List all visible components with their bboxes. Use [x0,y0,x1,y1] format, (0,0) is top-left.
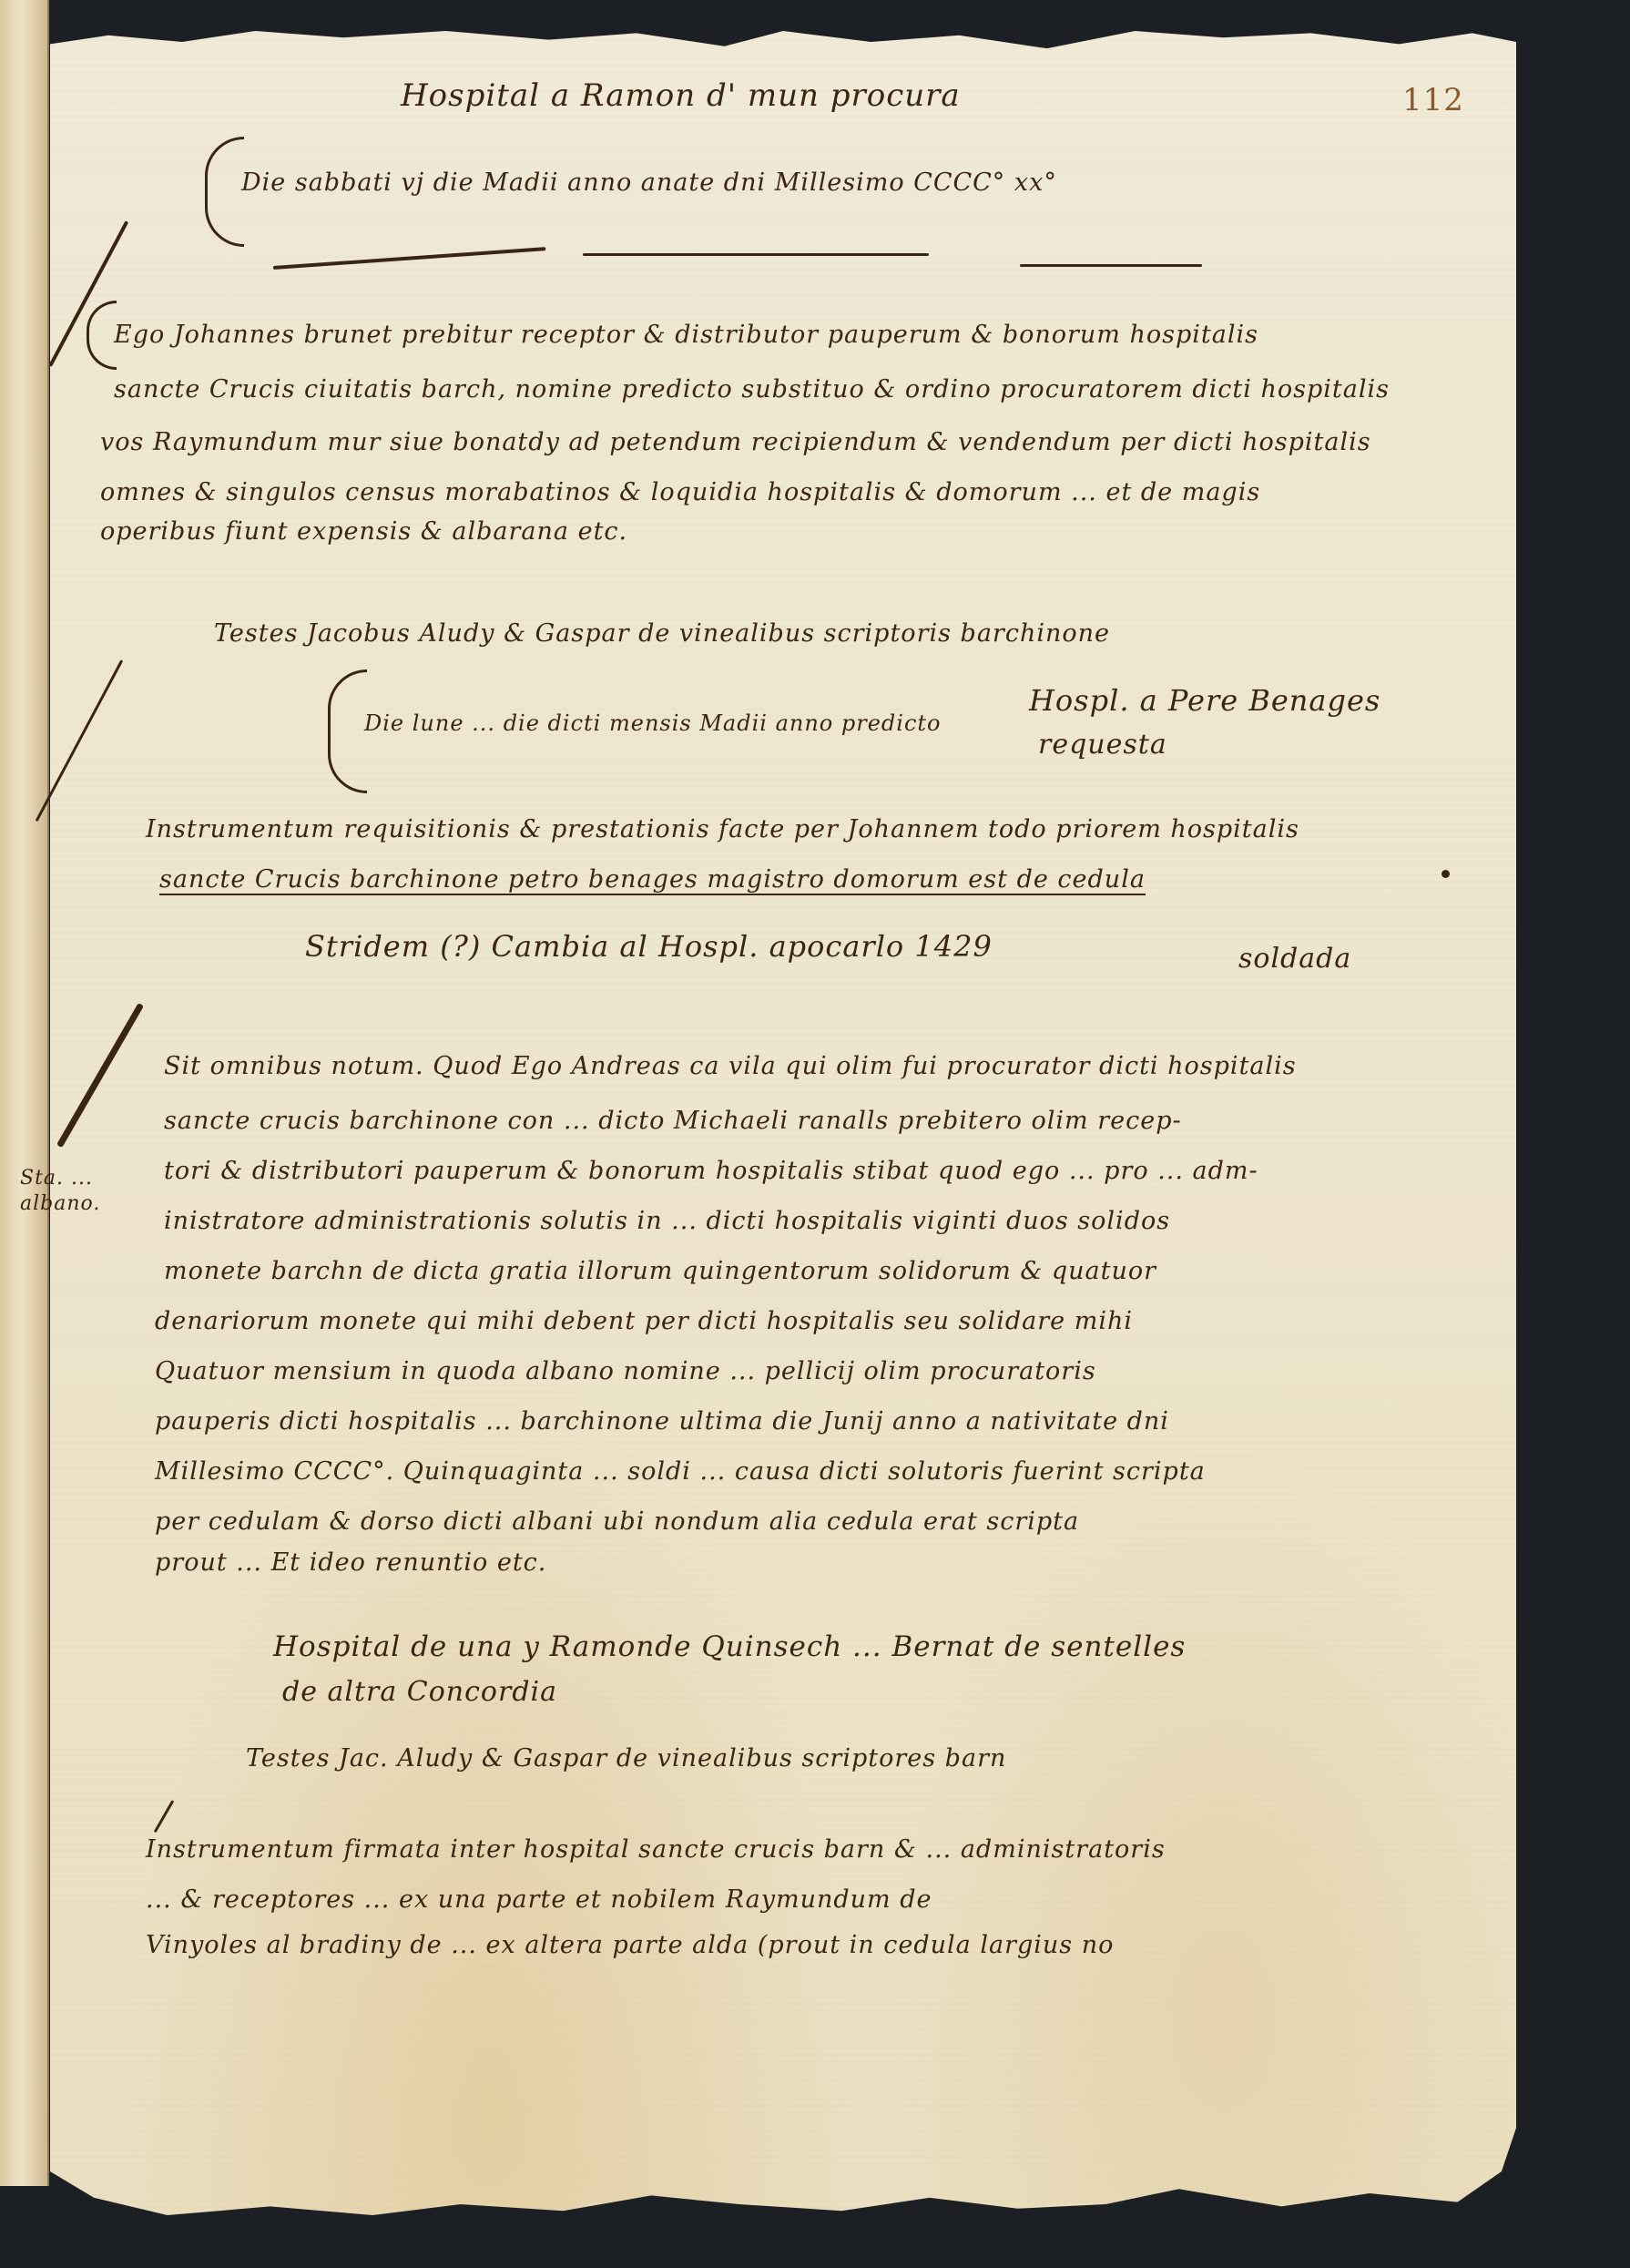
paragraph-line: prout ... Et ideo renuntio etc. [155,1548,546,1577]
paragraph-line: sancte crucis barchinone con ... dicto M… [164,1107,1182,1135]
paragraph-line: Instrumentum requisitionis & prestationi… [146,815,1299,843]
section-2-date-line: Die lune ... die dicti mensis Madii anno… [364,710,941,736]
section-1-heading: Hospital a Ramon d' mun procura [401,77,961,114]
note-right: soldada [1238,943,1351,975]
section-1-date-line: Die sabbati vj die Madii anno anate dni … [241,169,1057,197]
paragraph-line: ... & receptores ... ex una parte et nob… [146,1885,932,1914]
previous-page-edge [0,0,49,2186]
paragraph-line: Ego Johannes brunet prebitur receptor & … [114,321,1258,349]
margin-note: Sta. ... albano. [20,1166,120,1217]
paragraph-line: Vinyoles al bradiny de ... ex altera par… [146,1931,1114,1959]
paragraph-line: omnes & singulos census morabatinos & lo… [100,478,1260,506]
decorative-bracket-icon [328,669,367,793]
paragraph-line: Sit omnibus notum. Quod Ego Andreas ca v… [164,1052,1297,1080]
paragraph-line: per cedulam & dorso dicti albani ubi non… [155,1507,1079,1536]
paragraph-line: denariorum monete qui mihi debent per di… [155,1307,1133,1335]
side-heading: Hospl. a Pere Benages [1029,683,1380,718]
folio-number: 112 [1402,82,1464,118]
paragraph-line: sancte Crucis ciuitatis barch, nomine pr… [114,375,1390,404]
side-heading: requesta [1038,729,1167,761]
paragraph-line: Millesimo CCCC°. Quinquaginta ... soldi … [155,1457,1206,1486]
ink-dot [1442,870,1450,878]
paragraph-line: vos Raymundum mur siue bonatdy ad petend… [100,428,1371,456]
paragraph-line: pauperis dicti hospitalis ... barchinone… [155,1407,1169,1435]
paragraph-line: inistratore administrationis solutis in … [164,1207,1170,1235]
witness-line: Testes Jacobus Aludy & Gaspar de vineali… [214,619,1110,648]
paragraph-line: tori & distributori pauperum & bonorum h… [164,1157,1258,1185]
paragraph-line: monete barchn de dicta gratia illorum qu… [164,1257,1156,1285]
paragraph-line: Instrumentum firmata inter hospital sanc… [146,1835,1166,1864]
section-4-heading: de altra Concordia [282,1676,557,1708]
note-line: Stridem (?) Cambia al Hospl. apocarlo 14… [305,929,993,964]
witness-line: Testes Jac. Aludy & Gaspar de vinealibus… [246,1744,1006,1773]
paragraph-line: Quatuor mensium in quoda albano nomine .… [155,1357,1096,1385]
paragraph-line: sancte Crucis barchinone petro benages m… [159,865,1146,895]
flourish-stroke [1020,264,1202,267]
paragraph-line: operibus fiunt expensis & albarana etc. [100,517,627,546]
flourish-stroke [583,253,929,256]
section-4-heading: Hospital de una y Ramonde Quinsech ... B… [273,1630,1186,1663]
